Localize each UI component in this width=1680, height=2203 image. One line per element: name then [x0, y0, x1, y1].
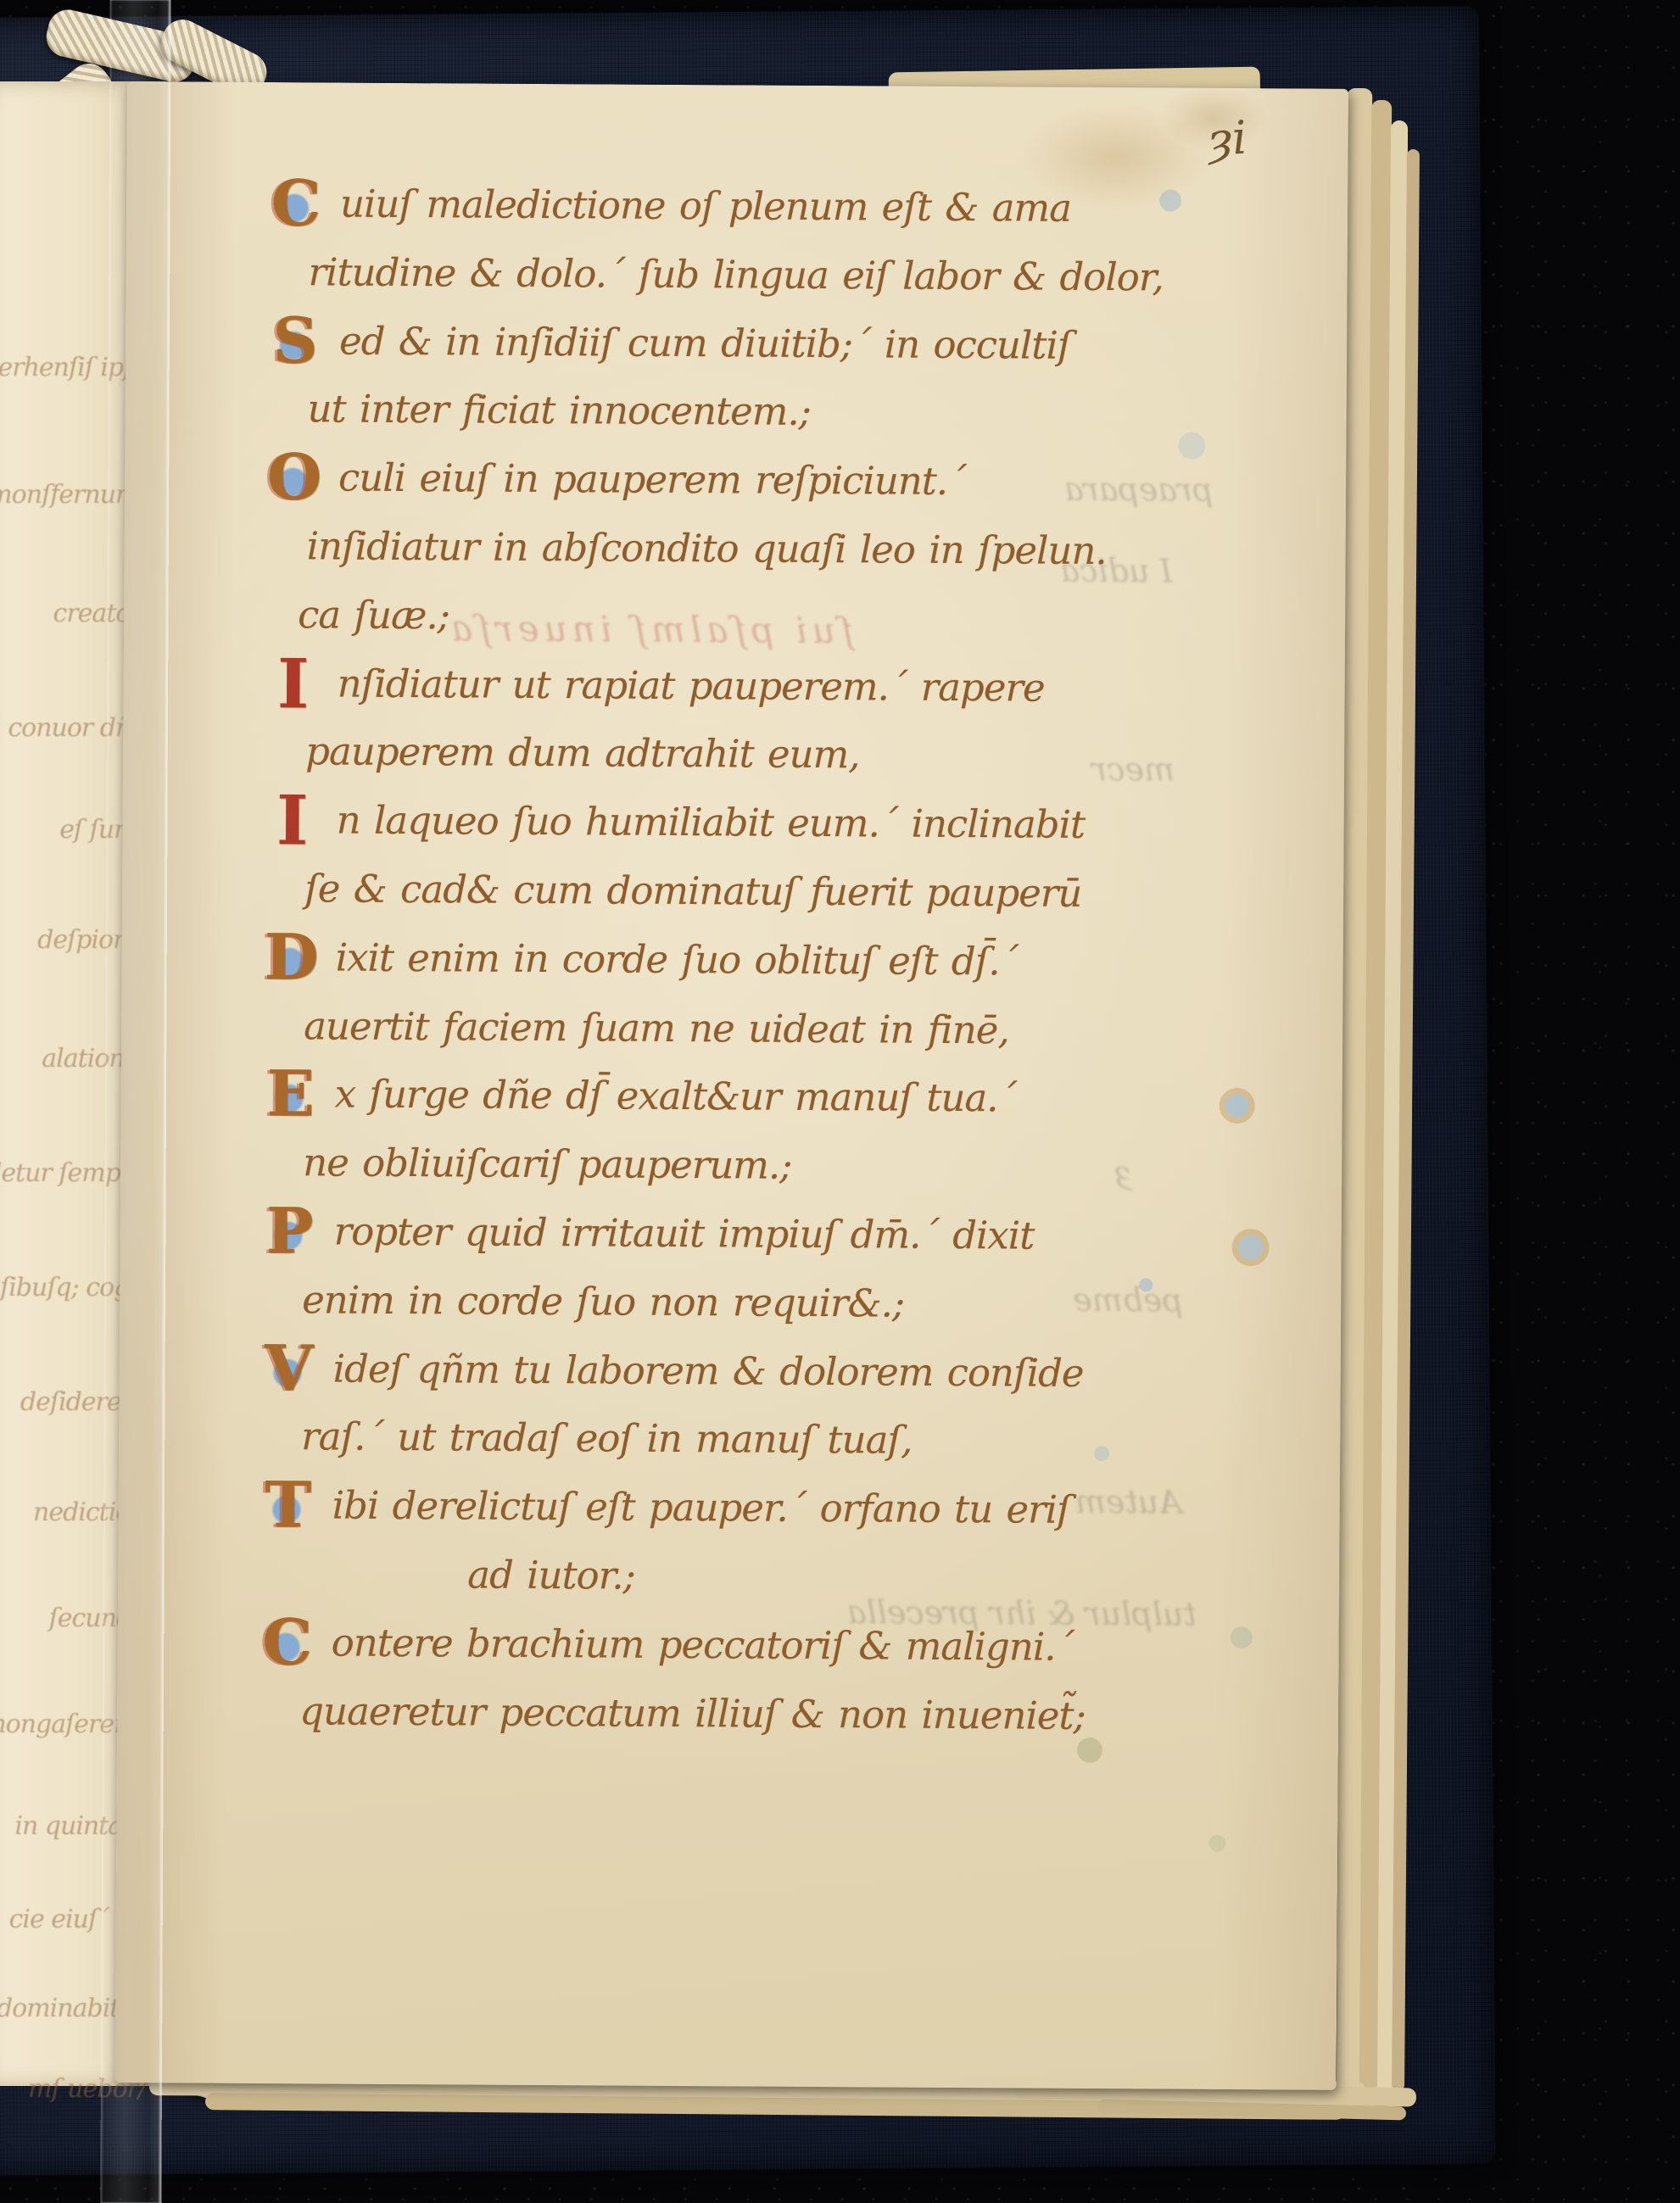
versal-initial: V: [251, 1332, 327, 1406]
manuscript-photograph: perhenſiſ ipſemonſfernum.creator,conuor …: [0, 0, 1680, 2203]
manuscript-line: raſ.´ ut tradaſ eoſ in manuſ tuaſ,: [301, 1414, 912, 1462]
manuscript-line: auertit faciem ſuam ne uideat in finē,: [304, 1003, 1009, 1052]
manuscript-line: I nſidiatur ut rapiat pauperem.´ rapere: [338, 661, 1045, 711]
manuscript-line: O culi eiuſ in pauperem reſpiciunt.´: [338, 455, 966, 505]
line-text: ne obliuiſcariſ pauperum.;: [303, 1140, 792, 1188]
manuscript-line: inſidiatur in abſcondito quaſi leo in ſp…: [306, 523, 1106, 573]
bleedthrough-text: ȝ: [1114, 1154, 1131, 1191]
manuscript-line: ut inter ficiat innocentem.;: [307, 386, 811, 434]
ink-bleed-spot: [1225, 1094, 1249, 1118]
text-block: C uiuſ maledictione oſ plenum eſt & ama …: [115, 81, 1348, 2090]
manuscript-line: P ropter quid irritauit impiuſ dm̄.´ dix…: [334, 1209, 1035, 1258]
line-text: nſidiatur ut rapiat pauperem.´ rapere: [338, 661, 1045, 711]
line-text: uiuſ maledictione oſ plenum eſt & ama: [340, 181, 1071, 231]
versal-initial: E: [253, 1057, 328, 1131]
bleedthrough-text: Autem: [1075, 1483, 1182, 1521]
manuscript-page: ȝi C uiuſ maledictione oſ plenum eſt & a…: [115, 81, 1348, 2090]
line-text: x ſurge dñe dſ̄ exalt&ur manuſ tua.´: [335, 1072, 1017, 1121]
manuscript-line: E x ſurge dñe dſ̄ exalt&ur manuſ tua.´: [335, 1072, 1017, 1121]
ink-bleed-spot: [1208, 1835, 1225, 1852]
ink-bleed-spot: [1178, 432, 1205, 460]
line-text: auertit faciem ſuam ne uideat in finē,: [304, 1003, 1009, 1052]
bleedthrough-text: ſui pſalmſ inuerſa: [446, 607, 853, 651]
manuscript-line: ne obliuiſcariſ pauperum.;: [303, 1140, 792, 1188]
manuscript-line: quaeretur peccatum illiuſ & non inueniet…: [299, 1688, 1086, 1738]
bleedthrough-text: mecr: [1091, 750, 1175, 789]
ink-bleed-spot: [1159, 189, 1181, 211]
line-text: quaeretur peccatum illiuſ & non inueniet…: [299, 1688, 1086, 1738]
manuscript-line: D ixit enim in corde ſuo oblituſ eſt dſ̄…: [336, 935, 1019, 984]
ink-bleed-spot: [1094, 1446, 1109, 1461]
ink-bleed-spot: [1077, 1737, 1102, 1763]
glass-strip: [100, 0, 170, 2203]
line-text: ut inter ficiat innocentem.;: [307, 386, 811, 434]
bleedthrough-text: praepara: [1064, 471, 1214, 509]
versal-initial: T: [250, 1469, 326, 1542]
line-text: ixit enim in corde ſuo oblituſ eſt dſ̄.´: [336, 935, 1019, 984]
line-text: ritudine & dolo.´ ſub lingua eiſ labor &…: [308, 249, 1163, 299]
line-text: inſidiatur in abſcondito quaſi leo in ſp…: [306, 523, 1106, 573]
line-text: ca ſuæ.;: [298, 592, 449, 638]
manuscript-line: ca ſuæ.;: [298, 592, 449, 638]
manuscript-line: enim in corde ſuo non requir&.;: [302, 1277, 904, 1325]
versal-initial: P: [252, 1195, 327, 1269]
manuscript-line: pauperem dum adtrahit eum,: [305, 728, 860, 777]
versal-initial: O: [257, 441, 332, 515]
line-text: ad iutor.;: [467, 1552, 635, 1598]
manuscript-line: C uiuſ maledictione oſ plenum eſt & ama: [340, 181, 1071, 231]
line-text: ideſ qñm tu laborem & dolorem conſide: [333, 1347, 1084, 1396]
versal-initial: C: [259, 167, 334, 241]
versal-initial: I: [255, 644, 331, 724]
bleedthrough-text: I udica: [1060, 552, 1172, 590]
bleedthrough-text: pebme: [1073, 1281, 1183, 1319]
line-text: enim in corde ſuo non requir&.;: [302, 1277, 904, 1325]
ink-bleed-spot: [1238, 1235, 1264, 1260]
manuscript-line: ſe & cad& cum dominatuſ fuerit pauperū: [304, 866, 1082, 916]
ink-bleed-spot: [1231, 1626, 1253, 1648]
line-text: ed & in inſidiiſ cum diuitib;´ in occult…: [339, 319, 1071, 368]
manuscript-line: ritudine & dolo.´ ſub lingua eiſ labor &…: [308, 249, 1163, 299]
versal-initial: S: [258, 304, 333, 378]
line-text: ibi derelictuſ eſt pauper.´ orfano tu er…: [332, 1483, 1070, 1532]
versal-initial: C: [249, 1606, 325, 1680]
ink-bleed-spot: [1139, 1278, 1153, 1291]
line-text: culi eiuſ in pauperem reſpiciunt.´: [338, 455, 966, 505]
manuscript-line: ad iutor.;: [467, 1552, 635, 1598]
line-text: n laqueo ſuo humiliabit eum.´ inclinabit: [337, 798, 1086, 847]
line-text: ſe & cad& cum dominatuſ fuerit pauperū: [304, 866, 1082, 916]
manuscript-line: V ideſ qñm tu laborem & dolorem conſide: [333, 1347, 1084, 1396]
manuscript-line: T ibi derelictuſ eſt pauper.´ orfano tu …: [332, 1483, 1070, 1532]
line-text: raſ.´ ut tradaſ eoſ in manuſ tuaſ,: [301, 1414, 912, 1462]
versal-initial: I: [254, 780, 330, 861]
line-text: pauperem dum adtrahit eum,: [305, 728, 860, 777]
line-text: ropter quid irritauit impiuſ dm̄.´ dixit: [334, 1209, 1035, 1258]
versal-initial: D: [254, 921, 329, 995]
manuscript-line: I n laqueo ſuo humiliabit eum.´ inclinab…: [337, 798, 1086, 847]
manuscript-line: S ed & in inſidiiſ cum diuitib;´ in occu…: [339, 319, 1071, 368]
bleedthrough-text: tulplur & ihr precella: [847, 1593, 1197, 1633]
